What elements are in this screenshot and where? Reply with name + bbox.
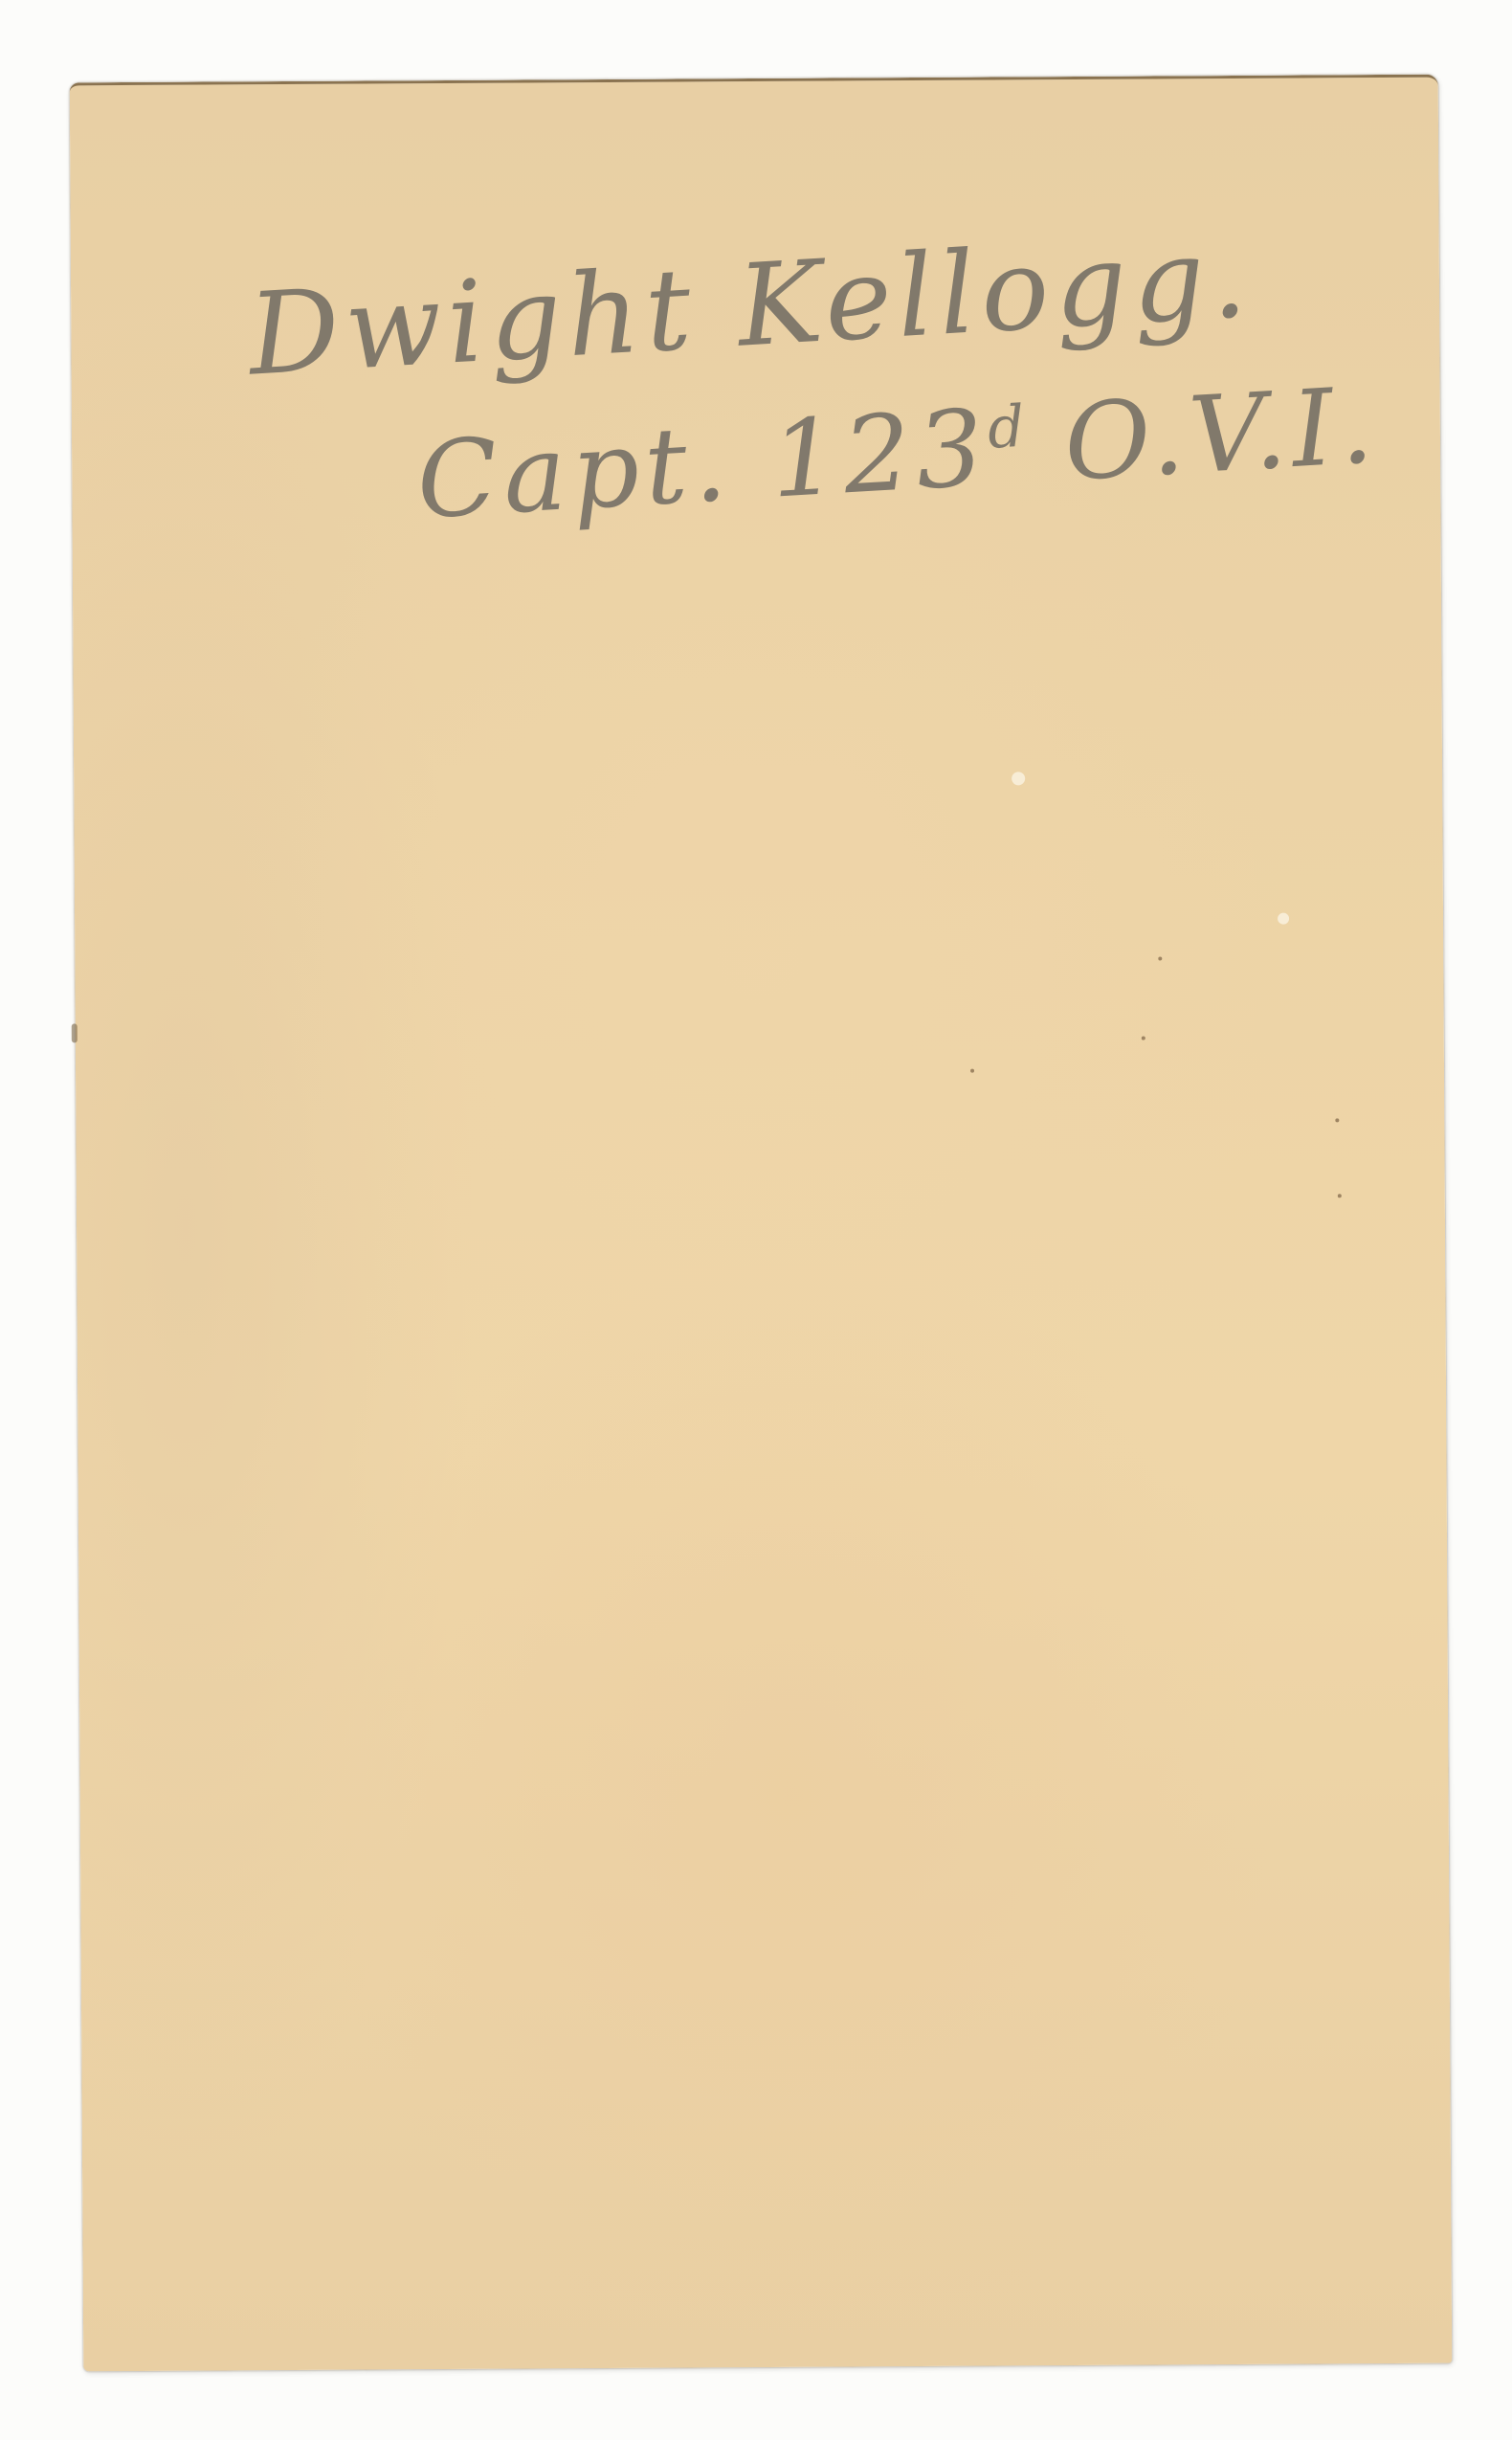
photo-card-back: Dwight Kellogg. Capt. 123d O.V.I. — [70, 75, 1453, 2372]
paper-speck — [1142, 1037, 1145, 1041]
inscription-rank-unit: Capt. 123d O.V.I. — [413, 364, 1382, 543]
paper-spot — [1278, 913, 1289, 925]
pencil-inscription: Dwight Kellogg. Capt. 123d O.V.I. — [70, 78, 1453, 2372]
inscription-rank: Capt. 123 — [413, 387, 992, 543]
paper-spot — [1012, 772, 1025, 785]
scanned-page: Dwight Kellogg. Capt. 123d O.V.I. — [0, 0, 1512, 2440]
paper-speck — [1158, 956, 1162, 960]
paper-speck — [970, 1069, 974, 1073]
inscription-ordinal: d — [986, 393, 1026, 462]
inscription-unit: O.V.I. — [1022, 364, 1382, 506]
paper-speck — [1338, 1194, 1342, 1198]
paper-speck — [1335, 1118, 1339, 1122]
inscription-name: Dwight Kellogg. — [245, 210, 1256, 400]
